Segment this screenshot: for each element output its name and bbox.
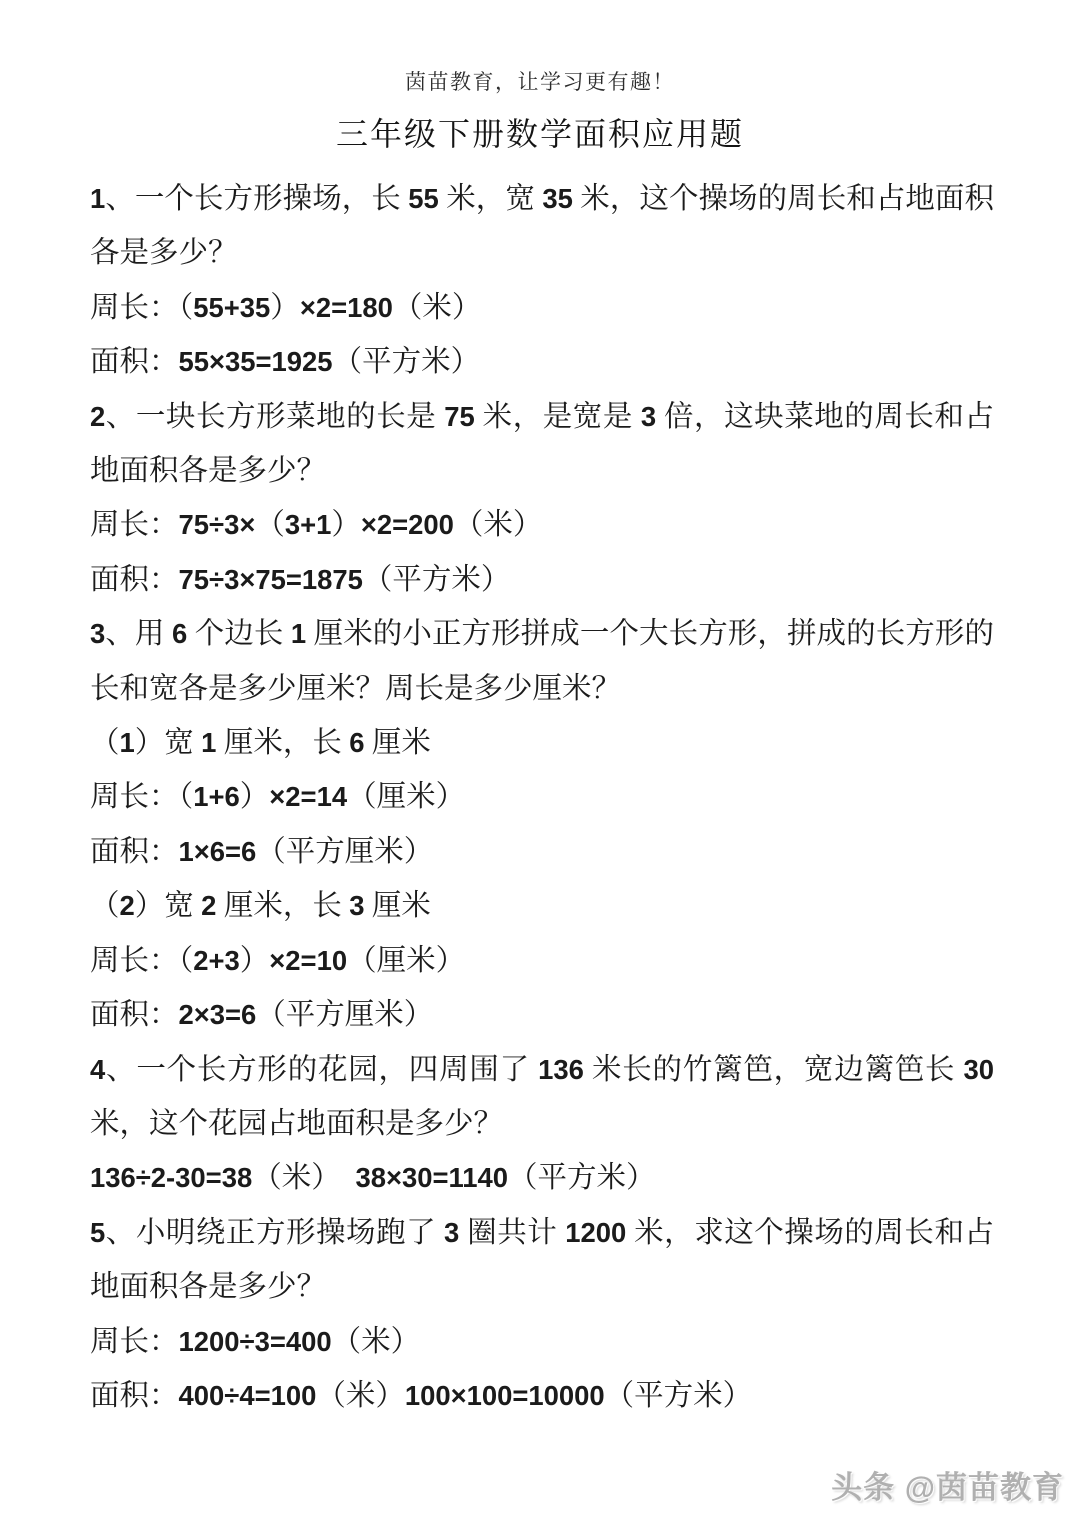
- problem-5-answer-1: 周长：1200÷3=400（米）: [90, 1315, 994, 1369]
- problem-2-answer-2: 面积：75÷3×75=1875（平方米）: [90, 553, 994, 607]
- problem-3-answer-5: 周长：（2+3）×2=10（厘米）: [90, 934, 994, 988]
- problem-1-answer-1: 周长：（55+35）×2=180（米）: [90, 281, 994, 335]
- problem-3-answer-3: 面积：1×6=6（平方厘米）: [90, 825, 994, 879]
- problem-3-answer-4: （2）宽 2 厘米，长 3 厘米: [90, 879, 994, 933]
- problem-5-answer-2: 面积：400÷4=100（米）100×100=10000（平方米）: [90, 1369, 994, 1423]
- problem-4-answer-1: 136÷2-30=38（米） 38×30=1140（平方米）: [90, 1151, 994, 1205]
- problem-2-question: 2、一块长方形菜地的长是 75 米，是宽是 3 倍，这块菜地的周长和占地面积各是…: [90, 390, 994, 499]
- problem-3-question: 3、用 6 个边长 1 厘米的小正方形拼成一个大长方形，拼成的长方形的长和宽各是…: [90, 607, 994, 716]
- brand-header: 茵苗教育，让学习更有趣！: [0, 0, 1080, 96]
- problem-4-question: 4、一个长方形的花园，四周围了 136 米长的竹篱笆，宽边篱笆长 30 米，这个…: [90, 1043, 994, 1152]
- problem-3-answer-1: （1）宽 1 厘米，长 6 厘米: [90, 716, 994, 770]
- problem-1-answer-2: 面积：55×35=1925（平方米）: [90, 335, 994, 389]
- problem-5-question: 5、小明绕正方形操场跑了 3 圈共计 1200 米，求这个操场的周长和占地面积各…: [90, 1206, 994, 1315]
- problem-3-answer-2: 周长：（1+6）×2=14（厘米）: [90, 770, 994, 824]
- watermark: 头条 @茵苗教育: [831, 1462, 1064, 1507]
- page-title: 三年级下册数学面积应用题: [0, 109, 1080, 155]
- problem-1-question: 1、一个长方形操场，长 55 米，宽 35 米，这个操场的周长和占地面积各是多少…: [90, 172, 994, 281]
- problem-3-answer-6: 面积：2×3=6（平方厘米）: [90, 988, 994, 1042]
- worksheet-page: 茵苗教育，让学习更有趣！ 三年级下册数学面积应用题 1、一个长方形操场，长 55…: [0, 0, 1080, 1527]
- problems-list: 1、一个长方形操场，长 55 米，宽 35 米，这个操场的周长和占地面积各是多少…: [0, 172, 1080, 1423]
- problem-2-answer-1: 周长：75÷3×（3+1）×2=200（米）: [90, 498, 994, 552]
